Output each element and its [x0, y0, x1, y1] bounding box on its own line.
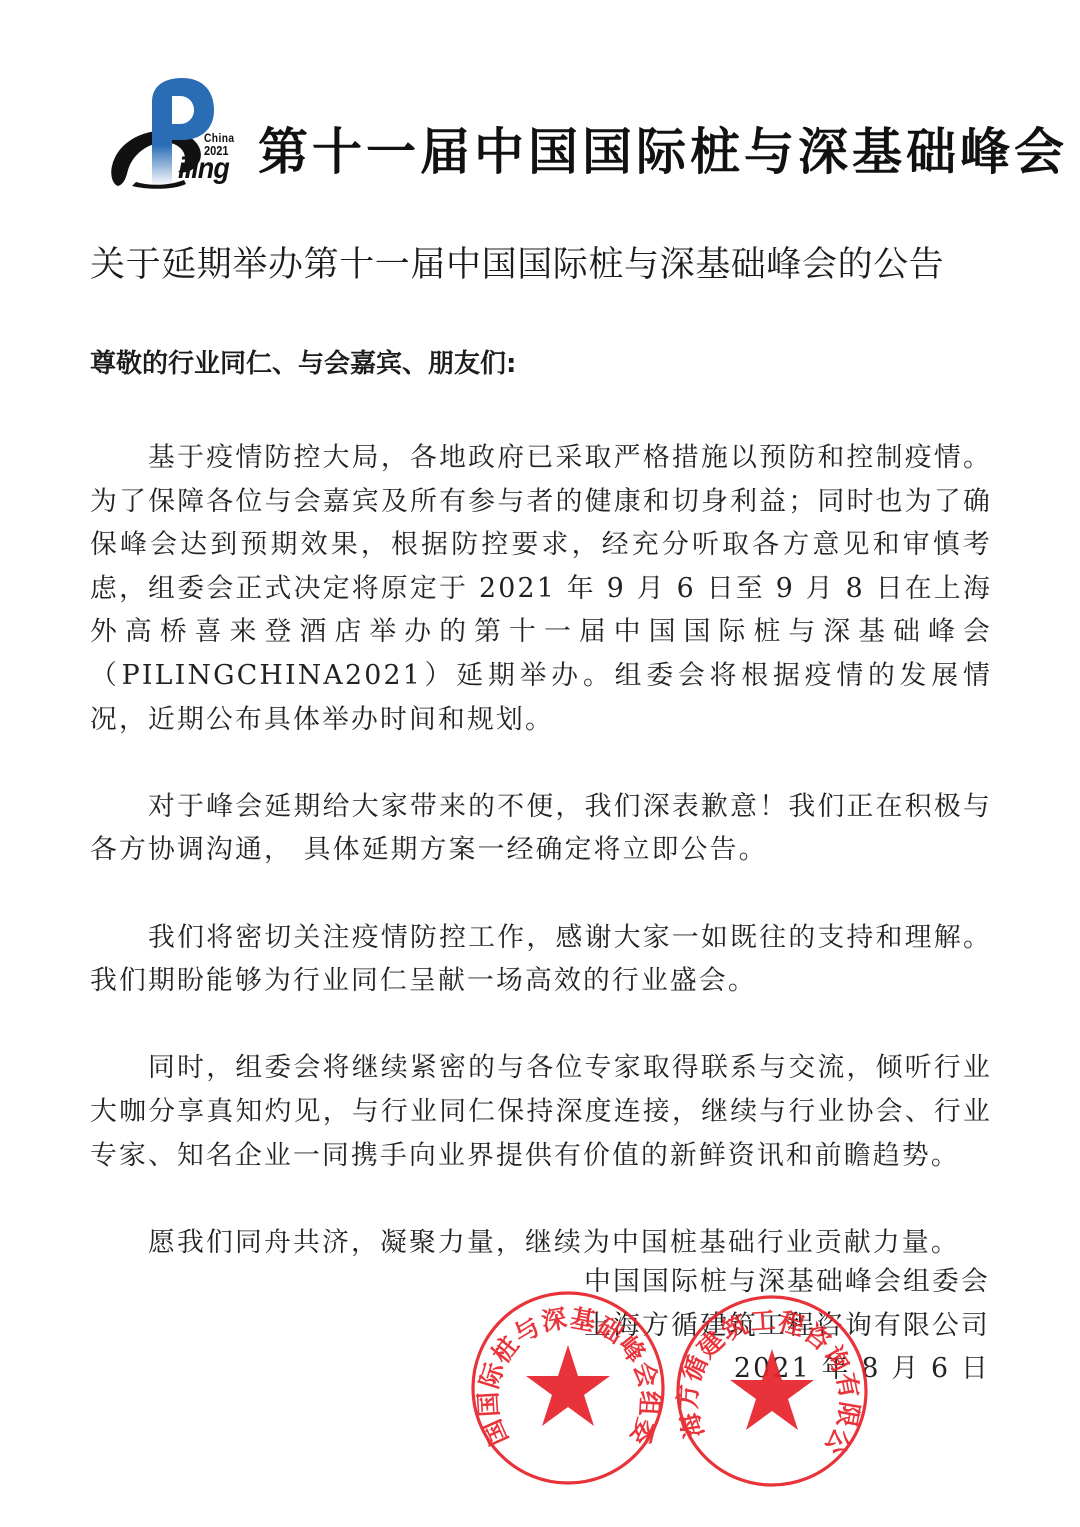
signature-organizer: 中国国际桩与深基础峰会组委会 [584, 1260, 990, 1304]
paragraph-gratitude: 我们将密切关注疫情防控工作，感谢大家一如既往的支持和理解。我们期盼能够为行业同仁… [90, 916, 992, 1003]
paragraph-postponement-decision: 基于疫情防控大局，各地政府已采取严格措施以预防和控制疫情。为了保障各位与会嘉宾及… [90, 436, 992, 741]
paragraph-continued-engagement: 同时，组委会将继续紧密的与各位专家取得联系与交流，倾听行业大咖分享真知灼见，与行… [90, 1046, 992, 1177]
salutation: 尊敬的行业同仁、与会嘉宾、朋友们: [90, 346, 516, 382]
announcement-title: 关于延期举办第十一届中国国际桩与深基础峰会的公告 [90, 241, 944, 289]
piling-china-logo: China 2021 iling [108, 74, 248, 194]
signature-block: 中国国际桩与深基础峰会组委会 上海方循建筑工程咨询有限公司 2021 年 8 月… [584, 1260, 990, 1391]
summit-name: 第十一届中国国际桩与深基础峰会 [258, 124, 1068, 180]
logo-wordmark: iling [178, 154, 229, 184]
signature-date: 2021 年 8 月 6 日 [584, 1347, 990, 1391]
paragraph-apology: 对于峰会延期给大家带来的不便，我们深表歉意！我们正在积极与各方协调沟通， 具体延… [90, 785, 992, 872]
paragraph-closing: 愿我们同舟共济，凝聚力量，继续为中国桩基础行业贡献力量。 [90, 1221, 992, 1265]
announcement-body: 基于疫情防控大局，各地政府已采取严格措施以预防和控制疫情。为了保障各位与会嘉宾及… [90, 436, 992, 1264]
signature-company: 上海方循建筑工程咨询有限公司 [584, 1304, 990, 1348]
header-banner: China 2021 iling 第十一届中国国际桩与深基础峰会 [108, 74, 978, 194]
